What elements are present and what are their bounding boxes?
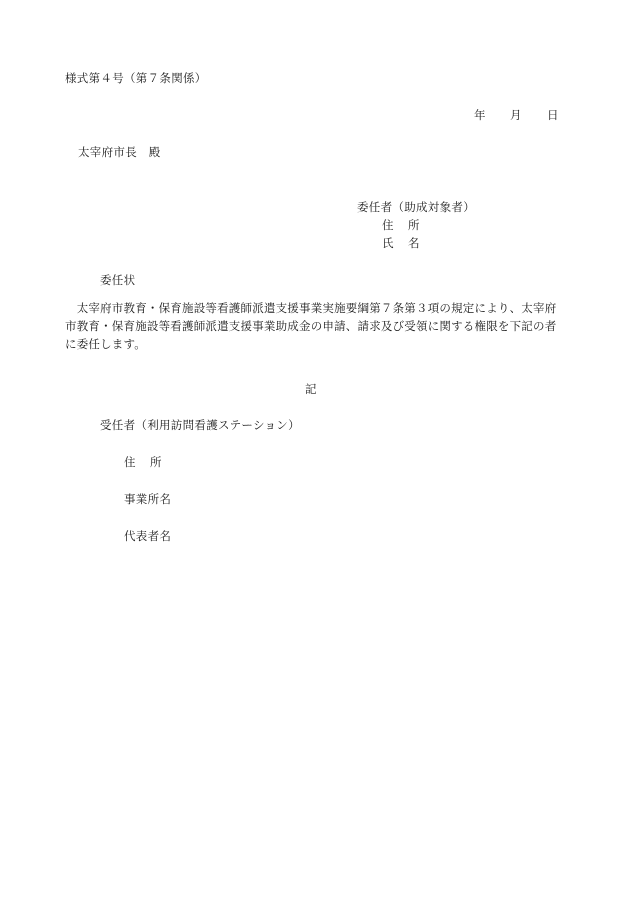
delegate-heading: 受任者（利用訪問看護ステーション） [100, 418, 300, 432]
delegate-address-label-b: 所 [150, 455, 162, 469]
body-line: 太宰府市教育・保育施設等看護師派遣支援事業実施要綱第７条第３項の規定により、太宰… [65, 299, 561, 317]
delegator-heading: 委任者（助成対象者） [357, 200, 475, 214]
body-paragraph: 太宰府市教育・保育施設等看護師派遣支援事業実施要綱第７条第３項の規定により、太宰… [65, 299, 561, 353]
delegate-representative-label: 代表者名 [124, 529, 171, 543]
body-line: に委任します。 [65, 335, 561, 353]
delegate-office-name-label: 事業所名 [124, 492, 171, 506]
delegate-address-label: 住 所 [124, 455, 162, 469]
date-day-label: 日 [547, 108, 559, 122]
delegator-name-label: 氏 名 [382, 236, 420, 250]
delegator-address-label: 住 所 [382, 218, 420, 232]
addressee: 太宰府市長 殿 [78, 145, 161, 159]
date-month-label: 月 [510, 108, 547, 122]
delegator-address-label-a: 住 [382, 218, 408, 232]
delegator-name-label-a: 氏 [382, 236, 408, 250]
date-field: 年 月 日 [474, 108, 564, 122]
form-number: 様式第４号（第７条関係） [65, 71, 207, 85]
body-line: 市教育・保育施設等看護師派遣支援事業助成金の申請、請求及び受領に関する権限を下記… [65, 317, 561, 335]
ki-marker: 記 [305, 382, 317, 396]
delegate-address-label-a: 住 [124, 455, 150, 469]
delegator-name-label-b: 名 [408, 236, 420, 250]
delegator-address-label-b: 所 [408, 218, 420, 232]
document-title: 委任状 [100, 273, 135, 287]
date-year-label: 年 [474, 108, 510, 122]
